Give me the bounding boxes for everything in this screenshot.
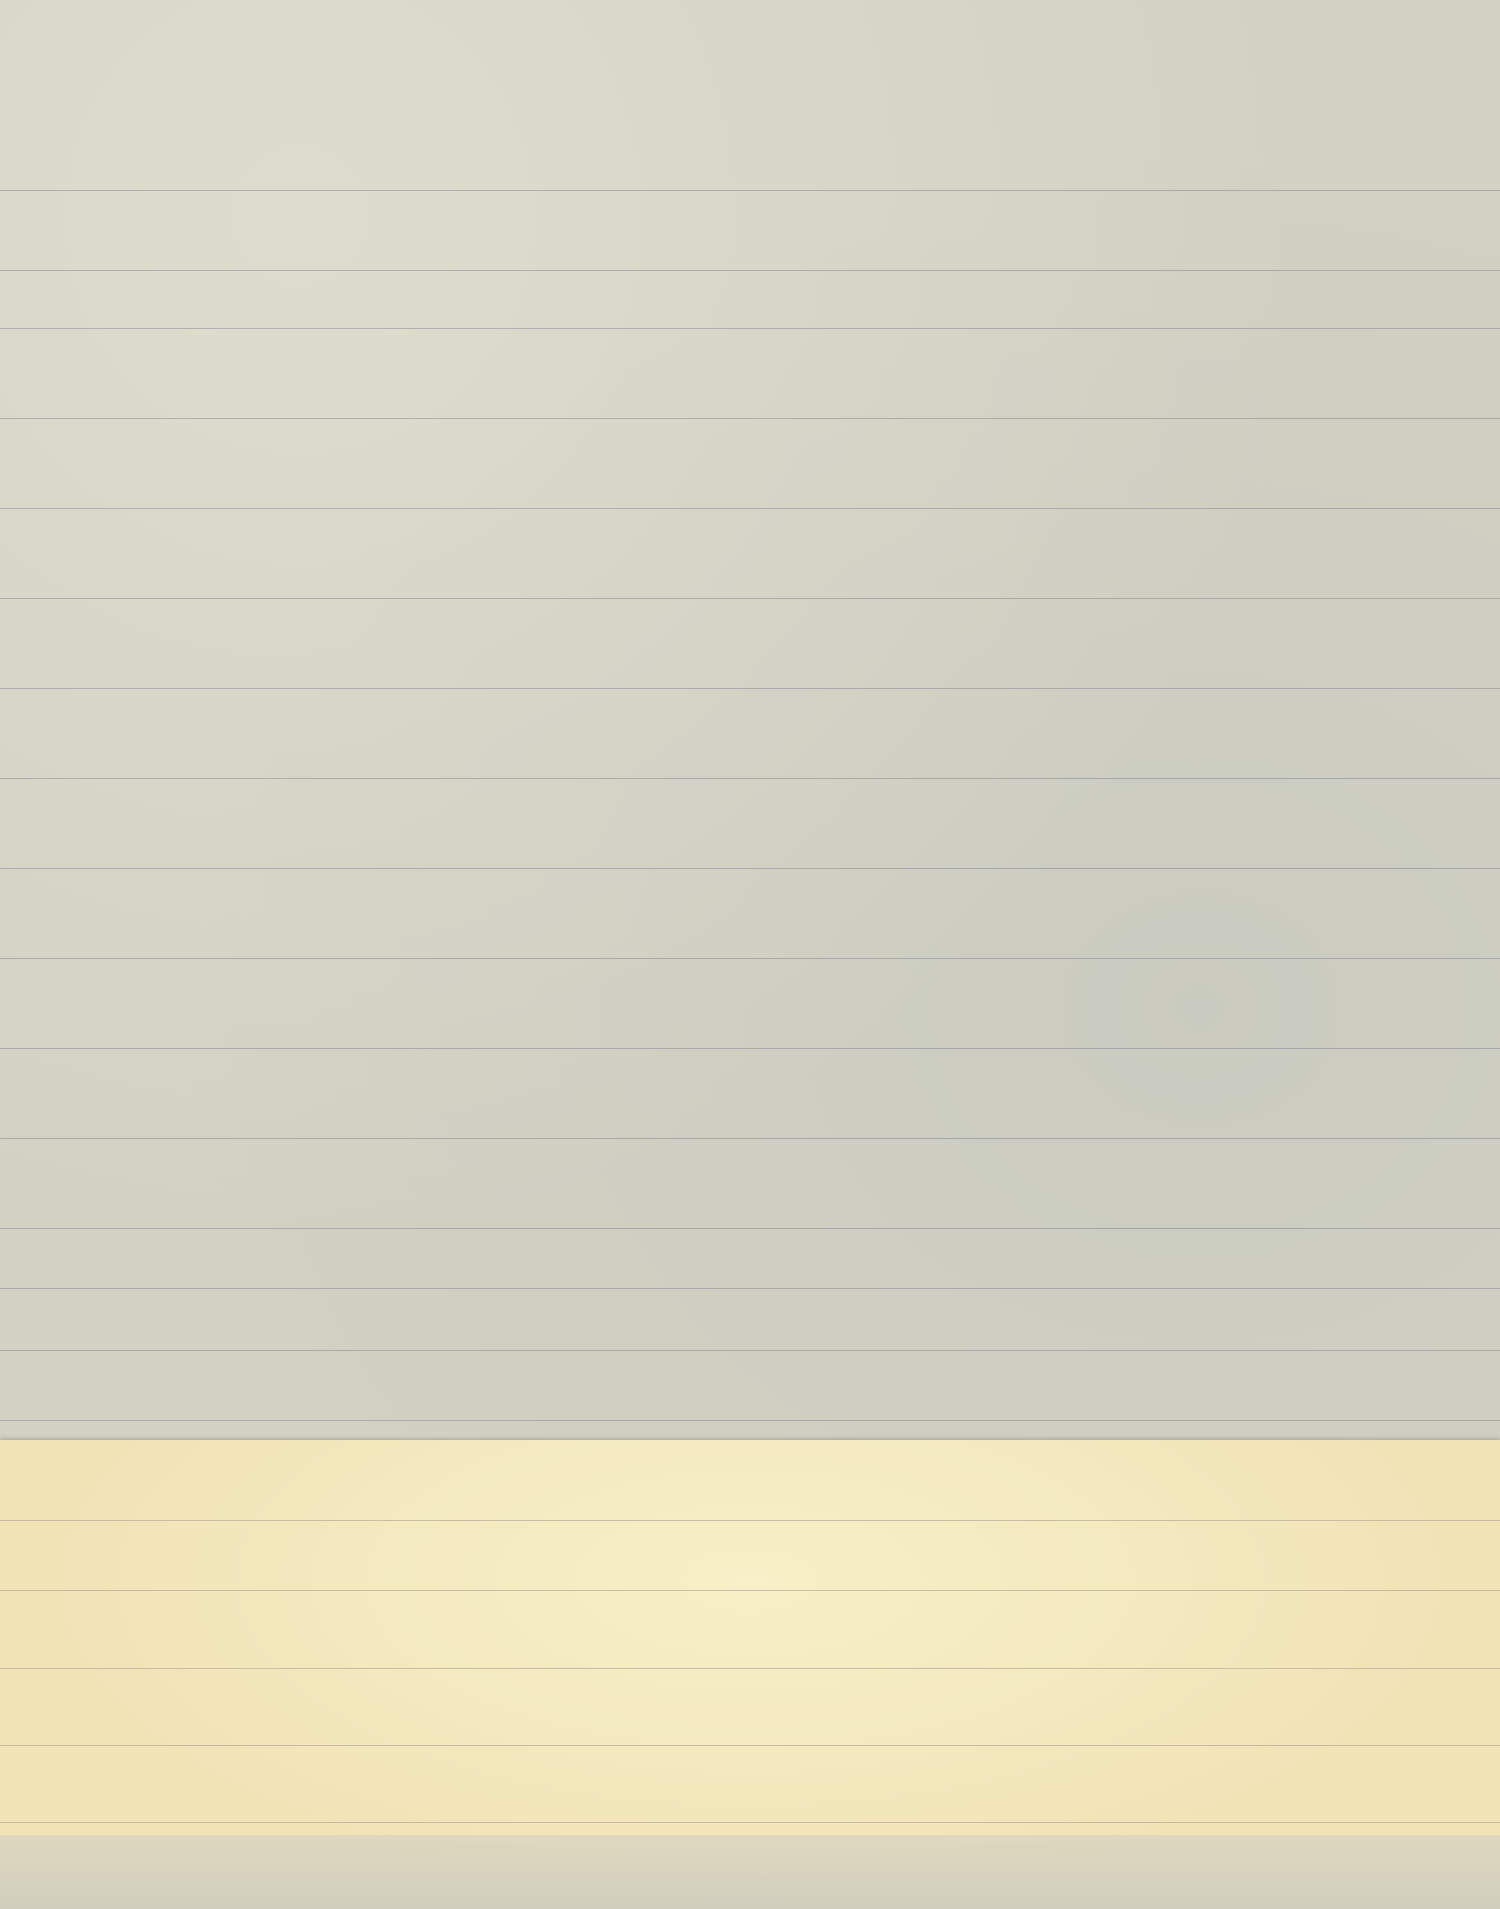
ruled-line <box>0 270 1500 271</box>
ruled-line <box>0 418 1500 419</box>
ruled-line <box>0 598 1500 599</box>
ruled-line <box>0 778 1500 779</box>
ruled-line <box>0 1288 1500 1289</box>
ruled-line <box>0 508 1500 509</box>
ruled-line <box>0 1420 1500 1421</box>
paper-fold <box>0 1835 1500 1909</box>
ruled-line <box>0 190 1500 191</box>
ruled-line <box>0 1745 1500 1746</box>
ruled-line <box>0 1590 1500 1591</box>
ruled-line <box>0 688 1500 689</box>
ruled-line <box>0 1048 1500 1049</box>
ruled-line <box>0 1350 1500 1351</box>
ruled-line <box>0 958 1500 959</box>
letter-sheet <box>0 0 1500 1440</box>
ruled-line <box>0 868 1500 869</box>
translator-note-sheet <box>0 1440 1500 1909</box>
ruled-line <box>0 1228 1500 1229</box>
ruled-line <box>0 1520 1500 1521</box>
ruled-line <box>0 1138 1500 1139</box>
ruled-line <box>0 1668 1500 1669</box>
ruled-line <box>0 328 1500 329</box>
ruled-line <box>0 1822 1500 1823</box>
